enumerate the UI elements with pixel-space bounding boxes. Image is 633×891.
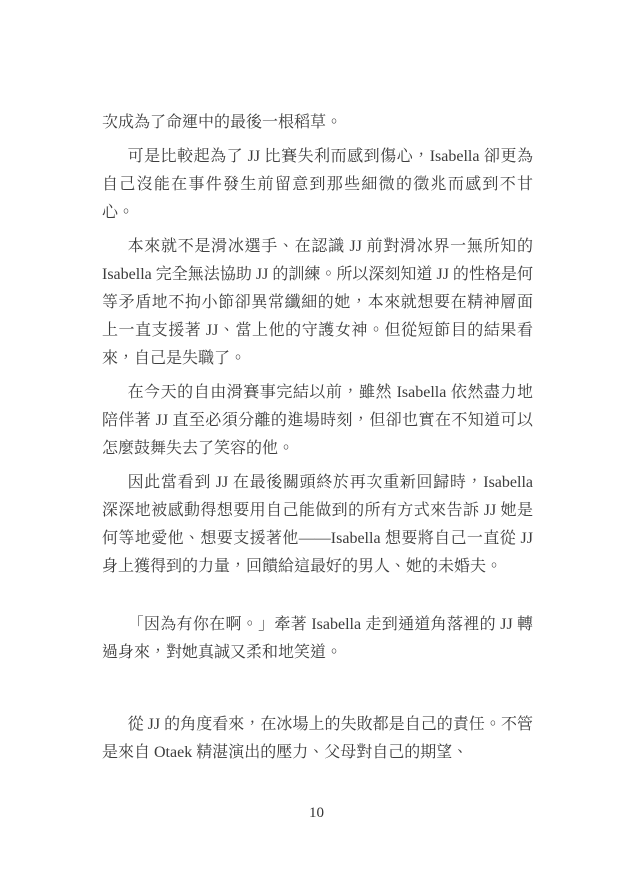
paragraph: 從 JJ 的角度看來，在冰場上的失敗都是自己的責任。不管是來自 Otaek 精湛… [102, 711, 533, 767]
paragraph: 可是比較起為了 JJ 比賽失利而感到傷心，Isabella 卻更為自己沒能在事件… [102, 143, 533, 227]
document-page: 次成為了命運中的最後一根稻草。可是比較起為了 JJ 比賽失利而感到傷心，Isab… [0, 0, 633, 891]
paragraph: 在今天的自由滑賽事完結以前，雖然 Isabella 依然盡力地陪伴著 JJ 直至… [102, 379, 533, 463]
paragraph: 次成為了命運中的最後一根稻草。 [102, 109, 533, 137]
paragraph: 本來就不是滑冰選手、在認識 JJ 前對滑冰界一無所知的 Isabella 完全無… [102, 233, 533, 373]
page-number: 10 [0, 803, 633, 823]
paragraph: 「因為有你在啊。」牽著 Isabella 走到通道角落裡的 JJ 轉過身來，對她… [102, 611, 533, 667]
paragraph: 因此當看到 JJ 在最後關頭終於再次重新回歸時，Isabella 深深地被感動得… [102, 469, 533, 581]
body-text: 次成為了命運中的最後一根稻草。可是比較起為了 JJ 比賽失利而感到傷心，Isab… [102, 109, 533, 773]
